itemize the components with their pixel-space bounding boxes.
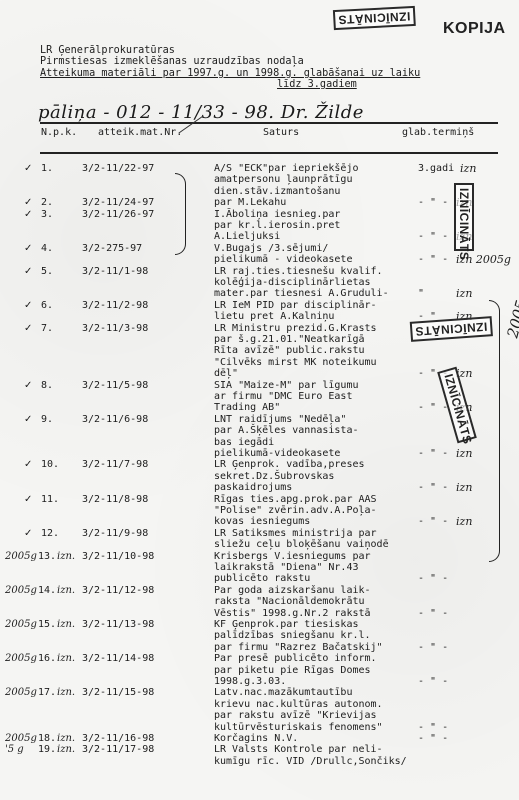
material-number: 3/2-11/6-98 (82, 414, 148, 425)
retention-term: - " - (418, 608, 448, 619)
row-number: 7. (41, 323, 53, 334)
iznicinats-stamp: IZNĪCINĀTS (333, 6, 416, 30)
row-content: Rīta avīzē" public.rakstu (214, 345, 365, 356)
row-content: publicēto rakstu (214, 573, 310, 584)
brace-mark (175, 173, 186, 255)
row-content: Par presē publicēto inform. (214, 653, 377, 664)
material-number: 3/2-11/22-97 (82, 163, 154, 174)
row-content: kultūrvēsturiskais fenomens" (214, 722, 383, 733)
handwritten-izn-note: izn (456, 288, 472, 299)
retention-term: " (418, 288, 424, 299)
row-content: "Cilvēks mirst MK noteikumu (214, 357, 377, 368)
row-content: par š.g.21.01."Neatkarīgā (214, 334, 365, 345)
header-title: Atteikuma materiāli par 1997.g. un 1998.… (40, 68, 420, 79)
handwritten-year: 2005g (5, 585, 37, 596)
col-header-npk: N.p.k. (41, 127, 77, 138)
document-page: IZNĪCINĀTS KOPIJA LR Ģenerālprokuratūras… (0, 0, 519, 800)
handwritten-year: 2005g (5, 733, 37, 744)
document-header: LR ĢenerālprokuratūrasPirmstiesas izmekl… (40, 45, 420, 91)
row-content: LR Ministru prezid.G.Krasts (214, 323, 377, 334)
retention-term: - " - (418, 448, 448, 459)
row-content: A/S "ECK"par iepriekšējo (214, 163, 359, 174)
margin-year-note: 2005 (503, 298, 519, 340)
row-content: dien.stāv.izmantošanu (214, 186, 340, 197)
checkmark-icon: ✓ (24, 266, 32, 277)
row-number: 1. (41, 163, 53, 174)
material-number: 3/2-11/26-97 (82, 209, 154, 220)
retention-term: - " - (418, 516, 448, 527)
handwritten-izn-note: izn (456, 516, 472, 527)
kopija-label: KOPIJA (443, 20, 506, 38)
row-content: par A.Šķēles vannasista- (214, 425, 359, 436)
row-content: krievu nac.kultūras autonom. (214, 699, 383, 710)
checkmark-icon: ✓ (24, 494, 32, 505)
row-content: kolēģija-disciplinārlietas (214, 277, 371, 288)
material-number: 3/2-11/16-98 (82, 733, 154, 744)
row-content: par M.Lekahu (214, 197, 286, 208)
handwritten-izn: izn. (57, 585, 75, 596)
col-header-nr: atteik.mat.Nr. (98, 127, 182, 138)
checkmark-icon: ✓ (24, 243, 32, 254)
row-content: Trading AB" (214, 402, 280, 413)
row-content: kovas iesniegums (214, 516, 310, 527)
row-number: 17. (38, 687, 56, 698)
material-number: 3/2-11/2-98 (82, 300, 148, 311)
table-top-rule (40, 122, 498, 124)
row-content: dēļ" (214, 368, 238, 379)
row-content: I.Āboliņa iesnieg.par (214, 209, 340, 220)
handwritten-izn: izn. (57, 551, 75, 562)
handwritten-year: '5 g (5, 744, 24, 755)
header-title-cont: līdz 3.gadiem (40, 79, 420, 90)
row-number: 18. (38, 733, 56, 744)
row-content: Latv.nac.mazākumtautību (214, 687, 352, 698)
row-content: par piketu pie Rīgas Domes (214, 665, 371, 676)
row-content: laikrakstā "Diena" Nr.43 (214, 562, 359, 573)
material-number: 3/2-11/14-98 (82, 653, 154, 664)
row-content: LNT raidījums "Nedēļa" (214, 414, 346, 425)
checkmark-icon: ✓ (24, 528, 32, 539)
row-number: 14. (38, 585, 56, 596)
material-number: 3/2-11/8-98 (82, 494, 148, 505)
row-number: 19. (38, 744, 56, 755)
row-content: V.Bugajs /3.sējumi/ (214, 243, 328, 254)
iznicinats-stamp: IZNĪCINĀTS (409, 316, 493, 342)
retention-term: - " - (418, 197, 448, 208)
row-content: palīdzības sniegšanu kr.l. (214, 630, 371, 641)
retention-term: - " - (418, 676, 448, 687)
material-number: 3/2-11/13-98 (82, 619, 154, 630)
row-content: LR Satiksmes ministrija par (214, 528, 377, 539)
material-number: 3/2-11/9-98 (82, 528, 148, 539)
material-number: 3/2-11/7-98 (82, 459, 148, 470)
handwritten-izn: izn. (57, 653, 75, 664)
row-content: pielikumā-videokasete (214, 448, 340, 459)
handwritten-izn-note: izn (460, 163, 476, 174)
checkmark-icon: ✓ (24, 380, 32, 391)
row-content: SIA "Maize-M" par līgumu (214, 380, 359, 391)
material-number: 3/2-11/5-98 (82, 380, 148, 391)
row-content: ar firmu "DMC Euro East (214, 391, 352, 402)
row-number: 13. (38, 551, 56, 562)
row-number: 9. (41, 414, 53, 425)
brace-mark-right (489, 300, 500, 562)
material-number: 3/2-11/3-98 (82, 323, 148, 334)
handwritten-note: pāliņa - 012 - 11/33 - 98. Dr. Žilde (38, 102, 364, 123)
handwritten-izn: izn. (57, 733, 75, 744)
retention-term: - " - (418, 482, 448, 493)
row-content: amatpersonu ļaunprātīgu (214, 174, 352, 185)
row-content: paskaidrojums (214, 482, 292, 493)
row-content: kumīgu rīc. VID /Drullc,Sončiks/ (214, 756, 407, 767)
row-content: Rīgas ties.apg.prok.par AAS (214, 494, 377, 505)
checkmark-icon: ✓ (24, 197, 32, 208)
row-number: 3. (41, 209, 53, 220)
checkmark-icon: ✓ (24, 459, 32, 470)
row-number: 11. (41, 494, 59, 505)
row-content: KF Ģenprok.par tiesiskas (214, 619, 359, 630)
row-content: lietu pret A.Kalniņu (214, 311, 334, 322)
row-content: Par goda aizskaršanu laik- (214, 585, 371, 596)
retention-term: - " - (418, 722, 448, 733)
row-content: pielikumā - videokasete (214, 254, 352, 265)
checkmark-icon: ✓ (24, 323, 32, 334)
retention-term: - " - (418, 254, 448, 265)
header-dept: Pirmstiesas izmeklēšanas uzraudzības nod… (40, 56, 420, 67)
row-content: LR IeM PID par disciplinār- (214, 300, 377, 311)
row-content: LR Valsts Kontrole par neli- (214, 744, 383, 755)
row-content: Krisbergs V.iesniegums par (214, 551, 371, 562)
row-content: "Polise" zvērin.adv.A.Poļa- (214, 505, 377, 516)
table-header-rule (40, 152, 498, 154)
row-number: 4. (41, 243, 53, 254)
row-content: LR Ģenprok. vadība,preses (214, 459, 365, 470)
material-number: 3/2-11/12-98 (82, 585, 154, 596)
checkmark-icon: ✓ (24, 300, 32, 311)
header-org: LR Ģenerālprokuratūras (40, 45, 420, 56)
checkmark-icon: ✓ (24, 414, 32, 425)
material-number: 3/2-11/1-98 (82, 266, 148, 277)
row-number: 15. (38, 619, 56, 630)
row-content: par firmu "Razrez Bačatskij" (214, 642, 383, 653)
row-content: Vēstis" 1998.g.Nr.2 rakstā (214, 608, 371, 619)
row-content: raksta "Nacionāldemokrātu (214, 596, 365, 607)
retention-term: - " - (418, 733, 448, 744)
row-content: sekret.Dz.Šubrovskas (214, 471, 334, 482)
retention-term: 3.gadi (418, 163, 454, 174)
handwritten-izn: izn. (57, 687, 75, 698)
checkmark-icon: ✓ (24, 163, 32, 174)
row-number: 6. (41, 300, 53, 311)
row-content: par rakstu avīzē "Krievijas (214, 710, 377, 721)
row-number: 12. (41, 528, 59, 539)
row-number: 10. (41, 459, 59, 470)
row-content: bas iegādi (214, 437, 274, 448)
checkmark-icon: ✓ (24, 209, 32, 220)
retention-term: - " - (418, 231, 448, 242)
row-number: 8. (41, 380, 53, 391)
material-number: 3/2-11/17-98 (82, 744, 154, 755)
handwritten-izn-note: izn (456, 482, 472, 493)
retention-term: - " - (418, 402, 448, 413)
material-number: 3/2-11/10-98 (82, 551, 154, 562)
row-content: mater.par tiesnesi A.Gruduli- (214, 288, 389, 299)
row-content: A.Lieljuksi (214, 231, 280, 242)
handwritten-year: 2005g (5, 619, 37, 630)
handwritten-izn-note: izn (456, 448, 472, 459)
material-number: 3/2-11/15-98 (82, 687, 154, 698)
row-content: 1998.g.3.03. (214, 676, 286, 687)
row-content: LR raj.ties.tiesnešu kvalif. (214, 266, 383, 277)
row-number: 2. (41, 197, 53, 208)
row-number: 5. (41, 266, 53, 277)
col-header-saturs: Saturs (263, 127, 299, 138)
row-number: 16. (38, 653, 56, 664)
handwritten-izn: izn. (57, 744, 75, 755)
retention-term: - " - (418, 642, 448, 653)
row-content: Korčagins N.V. (214, 733, 298, 744)
row-content: sliežu ceļu bloķēšanu vaiņodē (214, 539, 389, 550)
material-number: 3/2-11/24-97 (82, 197, 154, 208)
retention-term: - " - (418, 573, 448, 584)
iznicinats-stamp: IZNĪCINĀTS (454, 183, 474, 251)
col-header-term: glab.termiņš (402, 127, 474, 138)
handwritten-year: 2005g (5, 551, 37, 562)
handwritten-izn: izn. (57, 619, 75, 630)
handwritten-year: 2005g (5, 653, 37, 664)
row-content: par kr.l.ierosin.pret (214, 220, 340, 231)
handwritten-year: 2005g (5, 687, 37, 698)
material-number: 3/2-275-97 (82, 243, 142, 254)
